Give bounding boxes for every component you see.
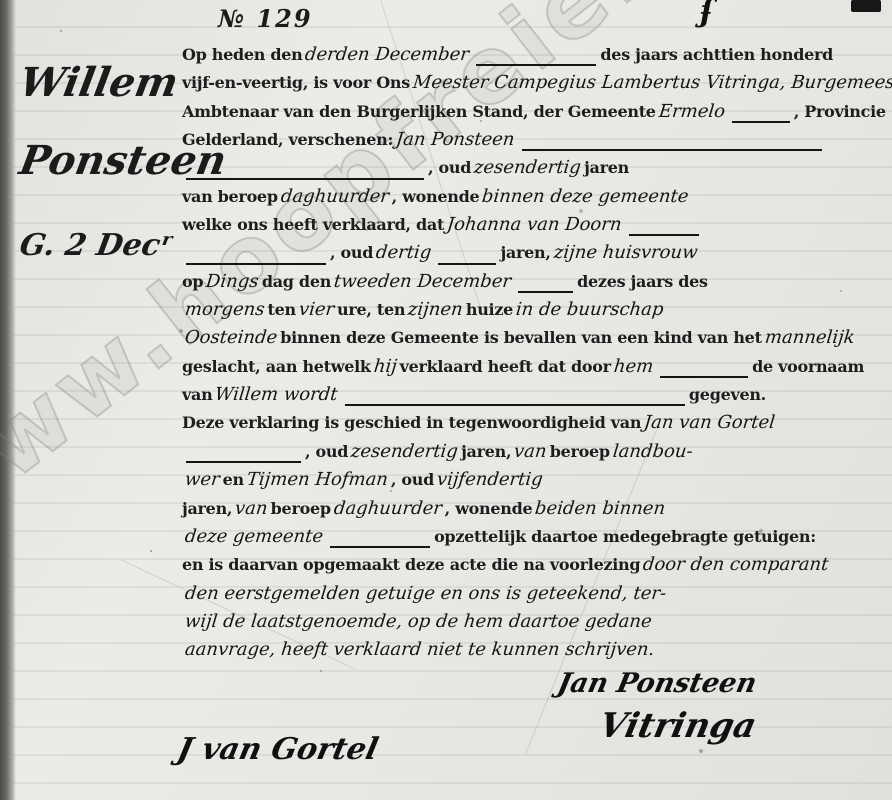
handwritten-text: dertig — [372, 242, 436, 263]
body-line: morgens ten vier ure, ten zijnen huize i… — [182, 299, 886, 327]
body-line: van beroep daghuurder , wonende binnen d… — [182, 186, 886, 214]
handwritten-text: Jan van Gortel — [640, 412, 779, 433]
printed-form-text: op — [182, 272, 203, 291]
printed-form-text: jaren, — [461, 442, 511, 461]
filled-blank-line — [629, 233, 699, 236]
printed-form-text: , oud — [391, 470, 434, 489]
handwritten-text: in de buurschap — [512, 299, 668, 320]
handwritten-text: daghuurder — [330, 498, 446, 519]
filled-blank-line — [522, 148, 822, 151]
body-line: den eerstgemelden getuige en ons is gete… — [182, 583, 886, 611]
handwritten-text: beiden binnen — [531, 498, 669, 519]
scan-corner-artifact — [851, 0, 881, 12]
filled-blank-line — [186, 177, 424, 180]
printed-form-text: des jaars achttien honderd — [600, 45, 833, 64]
filled-blank-line — [345, 403, 685, 406]
signature-declarant: Jan Ponsteen — [555, 668, 760, 699]
handwritten-text: wer — [181, 469, 224, 490]
printed-form-text: Gelderland, verschenen: — [182, 130, 393, 149]
printed-form-text: , oud — [330, 243, 373, 262]
printed-form-text: beroep — [550, 442, 610, 461]
margin-child-last-name: Ponsteen — [13, 122, 185, 200]
filled-blank-line — [438, 262, 496, 265]
filled-blank-line — [476, 63, 596, 66]
filled-blank-line — [660, 375, 748, 378]
printed-form-text: , wonende — [392, 187, 480, 206]
handwritten-text: landbou- — [609, 441, 697, 462]
handwritten-text: morgens — [181, 299, 269, 320]
handwritten-text: door den comparant — [639, 554, 833, 575]
printed-form-text: opzettelijk daartoe medegebragte getuige… — [434, 527, 816, 546]
printed-form-text: Ambtenaar van den Burgerlijken Stand, de… — [182, 102, 656, 121]
filled-blank-line — [186, 460, 301, 463]
body-line: wer en Tijmen Hofman , oud vijfendertig — [182, 469, 886, 497]
filled-blank-line — [732, 120, 790, 123]
handwritten-text: zijnen — [404, 299, 467, 320]
body-line: Oosteinde binnen deze Gemeente is bevall… — [182, 327, 886, 355]
handwritten-text: Willem wordt — [211, 384, 342, 405]
printed-form-text: huize — [466, 300, 513, 319]
margin-child-first-name: Willem — [13, 44, 185, 122]
body-line: van Willem wordt gegeven. — [182, 384, 886, 412]
handwritten-text: Oosteinde — [181, 327, 281, 348]
handwritten-text: zesendertig — [470, 157, 585, 178]
filled-blank-line — [518, 290, 573, 293]
printed-form-text: de voornaam — [752, 357, 864, 376]
printed-form-text: gegeven. — [689, 385, 766, 404]
handwritten-text: wijl de laatstgenoemde, op de hem daarto… — [181, 611, 656, 632]
handwritten-text: mannelijk — [761, 327, 859, 348]
body-line: Deze verklaring is geschied in tegenwoor… — [182, 412, 886, 440]
handwritten-text: Tijmen Hofman — [243, 469, 392, 490]
printed-form-text: ure, ten — [337, 300, 405, 319]
handwritten-text: Dings — [202, 271, 263, 292]
printed-form-text: beroep — [271, 499, 331, 518]
handwritten-text: Johanna van Doorn — [443, 214, 626, 235]
handwritten-text: van — [510, 441, 551, 462]
printed-form-text: van — [182, 385, 212, 404]
printed-form-text: welke ons heeft verklaard, dat — [182, 215, 444, 234]
act-number: № 129 — [218, 4, 313, 33]
printed-form-text: van beroep — [182, 187, 278, 206]
body-line: en is daarvan opgemaakt deze acte die na… — [182, 554, 886, 582]
handwritten-text: vijfendertig — [433, 469, 547, 490]
pen-mark: ʄ — [700, 0, 713, 29]
printed-form-text: , oud — [428, 158, 471, 177]
body-line: op Dings dag den tweeden December dezes … — [182, 271, 886, 299]
handwritten-text: aanvrage, heeft verklaard niet te kunnen… — [181, 639, 659, 660]
printed-form-text: verklaard heeft dat door — [400, 357, 611, 376]
filled-blank-line — [330, 545, 430, 548]
paper-specks — [60, 30, 62, 32]
handwritten-text: Jan Ponsteen — [392, 129, 519, 150]
margin-birth-date-note: G. 2 Decʳ — [17, 228, 181, 263]
body-line: , oud zesendertig jaren — [182, 157, 886, 185]
margin-annotation: Willem Ponsteen G. 2 Decʳ — [20, 44, 178, 263]
filled-blank-line — [186, 262, 326, 265]
printed-form-text: , Provincie — [794, 102, 886, 121]
handwritten-text: zesendertig — [347, 441, 462, 462]
body-line: Ambtenaar van den Burgerlijken Stand, de… — [182, 101, 886, 129]
printed-form-text: jaren, — [182, 499, 232, 518]
printed-form-text: , wonende — [445, 499, 533, 518]
handwritten-text: Meester Campegius Lambertus Vitringa, Bu… — [409, 72, 892, 93]
body-line: wijl de laatstgenoemde, op de hem daarto… — [182, 611, 886, 639]
body-line: , oud zesendertig jaren, van beroep land… — [182, 441, 886, 469]
printed-form-text: Op heden den — [182, 45, 302, 64]
printed-form-text: Deze verklaring is geschied in tegenwoor… — [182, 413, 641, 432]
handwritten-text: hem — [610, 356, 658, 377]
printed-form-text: geslacht, aan hetwelk — [182, 357, 371, 376]
handwritten-text: hij — [370, 356, 401, 377]
printed-form-text: dag den — [262, 272, 331, 291]
handwritten-text: Ermelo — [655, 101, 729, 122]
body-line: geslacht, aan hetwelk hij verklaard heef… — [182, 356, 886, 384]
handwritten-text: daghuurder — [277, 186, 393, 207]
printed-form-text: jaren, — [500, 243, 550, 262]
handwritten-text: den eerstgemelden getuige en ons is gete… — [181, 583, 670, 604]
handwritten-text: vier — [295, 299, 338, 320]
printed-form-text: vijf-en-veertig, is voor Ons — [182, 73, 410, 92]
printed-form-text: jaren — [584, 158, 629, 177]
printed-form-text: ten — [268, 300, 296, 319]
body-line: aanvrage, heeft verklaard niet te kunnen… — [182, 639, 886, 667]
body-line: Op heden den derden December des jaars a… — [182, 44, 886, 72]
body-lines: Op heden den derden December des jaars a… — [182, 44, 886, 668]
printed-form-text: en — [223, 470, 244, 489]
signature-official: Vitringa — [596, 706, 760, 746]
handwritten-text: tweeden December — [330, 271, 515, 292]
document-scan: www.hoopfreie.nl № 129 ʄ Willem Ponsteen… — [0, 0, 892, 800]
body-line: welke ons heeft verklaard, dat Johanna v… — [182, 214, 886, 242]
body-line: jaren, van beroep daghuurder , wonende b… — [182, 498, 886, 526]
printed-form-text: binnen deze Gemeente is bevallen van een… — [280, 328, 761, 347]
body-line: deze gemeente opzettelijk daartoe medege… — [182, 526, 886, 554]
handwritten-text: deze gemeente — [181, 526, 327, 547]
handwritten-text: van — [231, 498, 272, 519]
body-line: Gelderland, verschenen: Jan Ponsteen — [182, 129, 886, 157]
printed-form-text: , oud — [305, 442, 348, 461]
signature-witness: J van Gortel — [174, 732, 381, 767]
printed-form-text: en is daarvan opgemaakt deze acte die na… — [182, 555, 640, 574]
handwritten-text: binnen deze gemeente — [478, 186, 693, 207]
body-line: vijf-en-veertig, is voor Ons Meester Cam… — [182, 72, 886, 100]
handwritten-text: derden December — [301, 44, 473, 65]
printed-form-text: dezes jaars des — [577, 272, 708, 291]
handwritten-text: zijne huisvrouw — [550, 242, 702, 263]
body-line: , oud dertig jaren, zijne huisvrouw — [182, 242, 886, 270]
